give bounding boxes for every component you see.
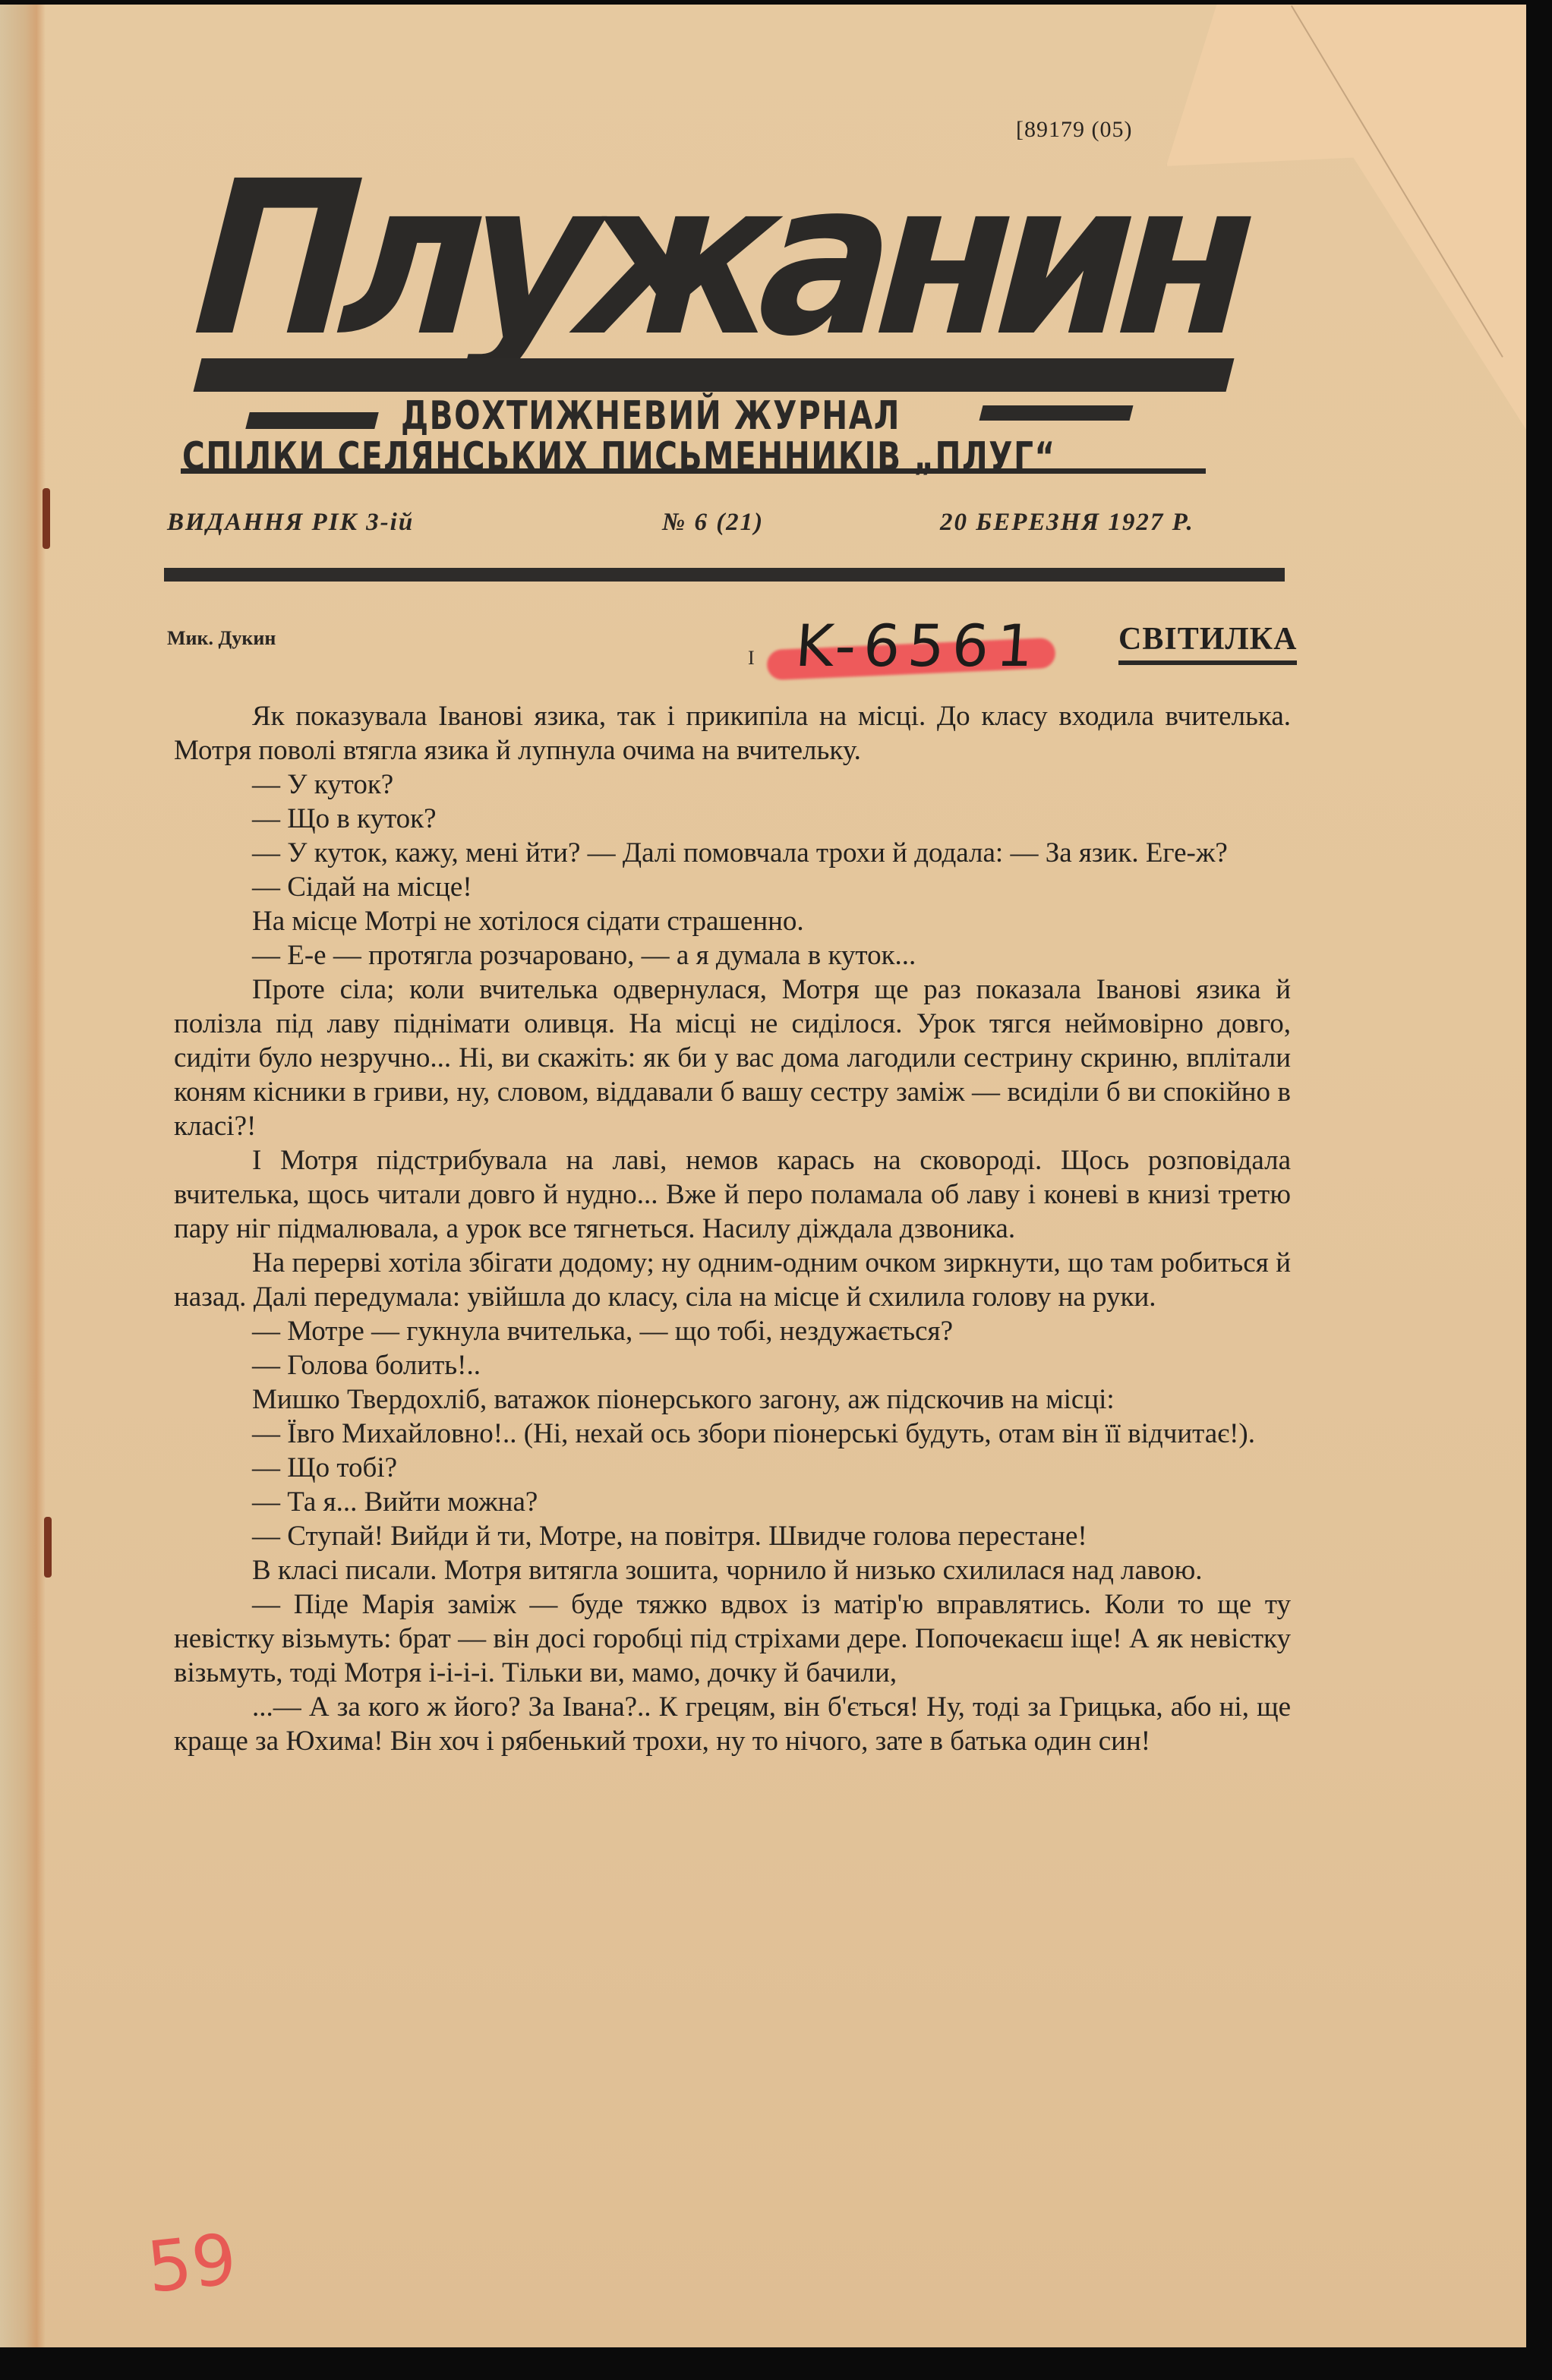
paragraph: — Мотре — гукнула вчителька, — що тобі, …	[174, 1314, 1291, 1348]
issue-date: 20 БЕРЕЗНЯ 1927 Р.	[940, 509, 1194, 537]
decorative-dash-right	[979, 405, 1134, 421]
handwritten-shelfmark: K-6561	[793, 612, 1043, 679]
paragraph: — У куток?	[174, 768, 1291, 802]
issue-number: № 6 (21)	[662, 509, 764, 537]
paragraph: Як показувала Іванові язика, так і прики…	[174, 699, 1291, 768]
paragraph: — Та я... Вийти можна?	[174, 1485, 1291, 1519]
author-name: Мик. Дукин	[167, 627, 276, 650]
paragraph: — Що в куток?	[174, 802, 1291, 836]
paragraph: — Піде Марія заміж — буде тяжко вдвох із…	[174, 1587, 1291, 1690]
subtitle-underline	[181, 468, 1206, 474]
subtitle-line-1: ДВОХТИЖНЕВИЙ ЖУРНАЛ	[401, 393, 901, 439]
paragraph: — У куток, кажу, мені йти? — Далі помовч…	[174, 836, 1291, 870]
staple-top	[43, 488, 50, 549]
paragraph: — Голова болить!..	[174, 1348, 1291, 1382]
masthead-bar	[194, 358, 1235, 392]
paragraph: — Ступай! Вийди й ти, Мотре, на повітря.…	[174, 1519, 1291, 1553]
handwritten-page-number: 59	[144, 2218, 241, 2309]
decorative-dash-left	[245, 412, 378, 429]
paragraph: — Сідай на місце!	[174, 870, 1291, 904]
paragraph: ...— А за кого ж його? За Івана?.. К гре…	[174, 1690, 1291, 1758]
paragraph: Мишко Твердохліб, ватажок піонерського з…	[174, 1382, 1291, 1417]
article-body: Як показувала Іванові язика, так і прики…	[174, 699, 1291, 1758]
paragraph: — Ївго Михайловно!.. (Ні, нехай ось збор…	[174, 1417, 1291, 1451]
paragraph: Проте сіла; коли вчителька одвернулася, …	[174, 972, 1291, 1143]
stamp-prefix: I	[748, 647, 755, 670]
paragraph: На перерві хотіла збігати додому; ну одн…	[174, 1246, 1291, 1314]
paragraph: В класі писали. Мотря витягла зошита, чо…	[174, 1553, 1291, 1587]
paragraph: — Е-е — протягла розчаровано, — а я дума…	[174, 938, 1291, 972]
masthead-title: Плужанин	[173, 169, 1169, 351]
paragraph: На місце Мотрі не хотілося сідати страше…	[174, 904, 1291, 938]
staple-bottom	[44, 1517, 52, 1578]
paragraph: — Що тобі?	[174, 1451, 1291, 1485]
issue-year: ВИДАННЯ РІК 3-ій	[167, 509, 414, 537]
article-title: СВІТИЛКА	[1118, 621, 1297, 665]
header-rule	[164, 568, 1285, 582]
paragraph: І Мотря підстрибувала на лаві, немов кар…	[174, 1143, 1291, 1246]
